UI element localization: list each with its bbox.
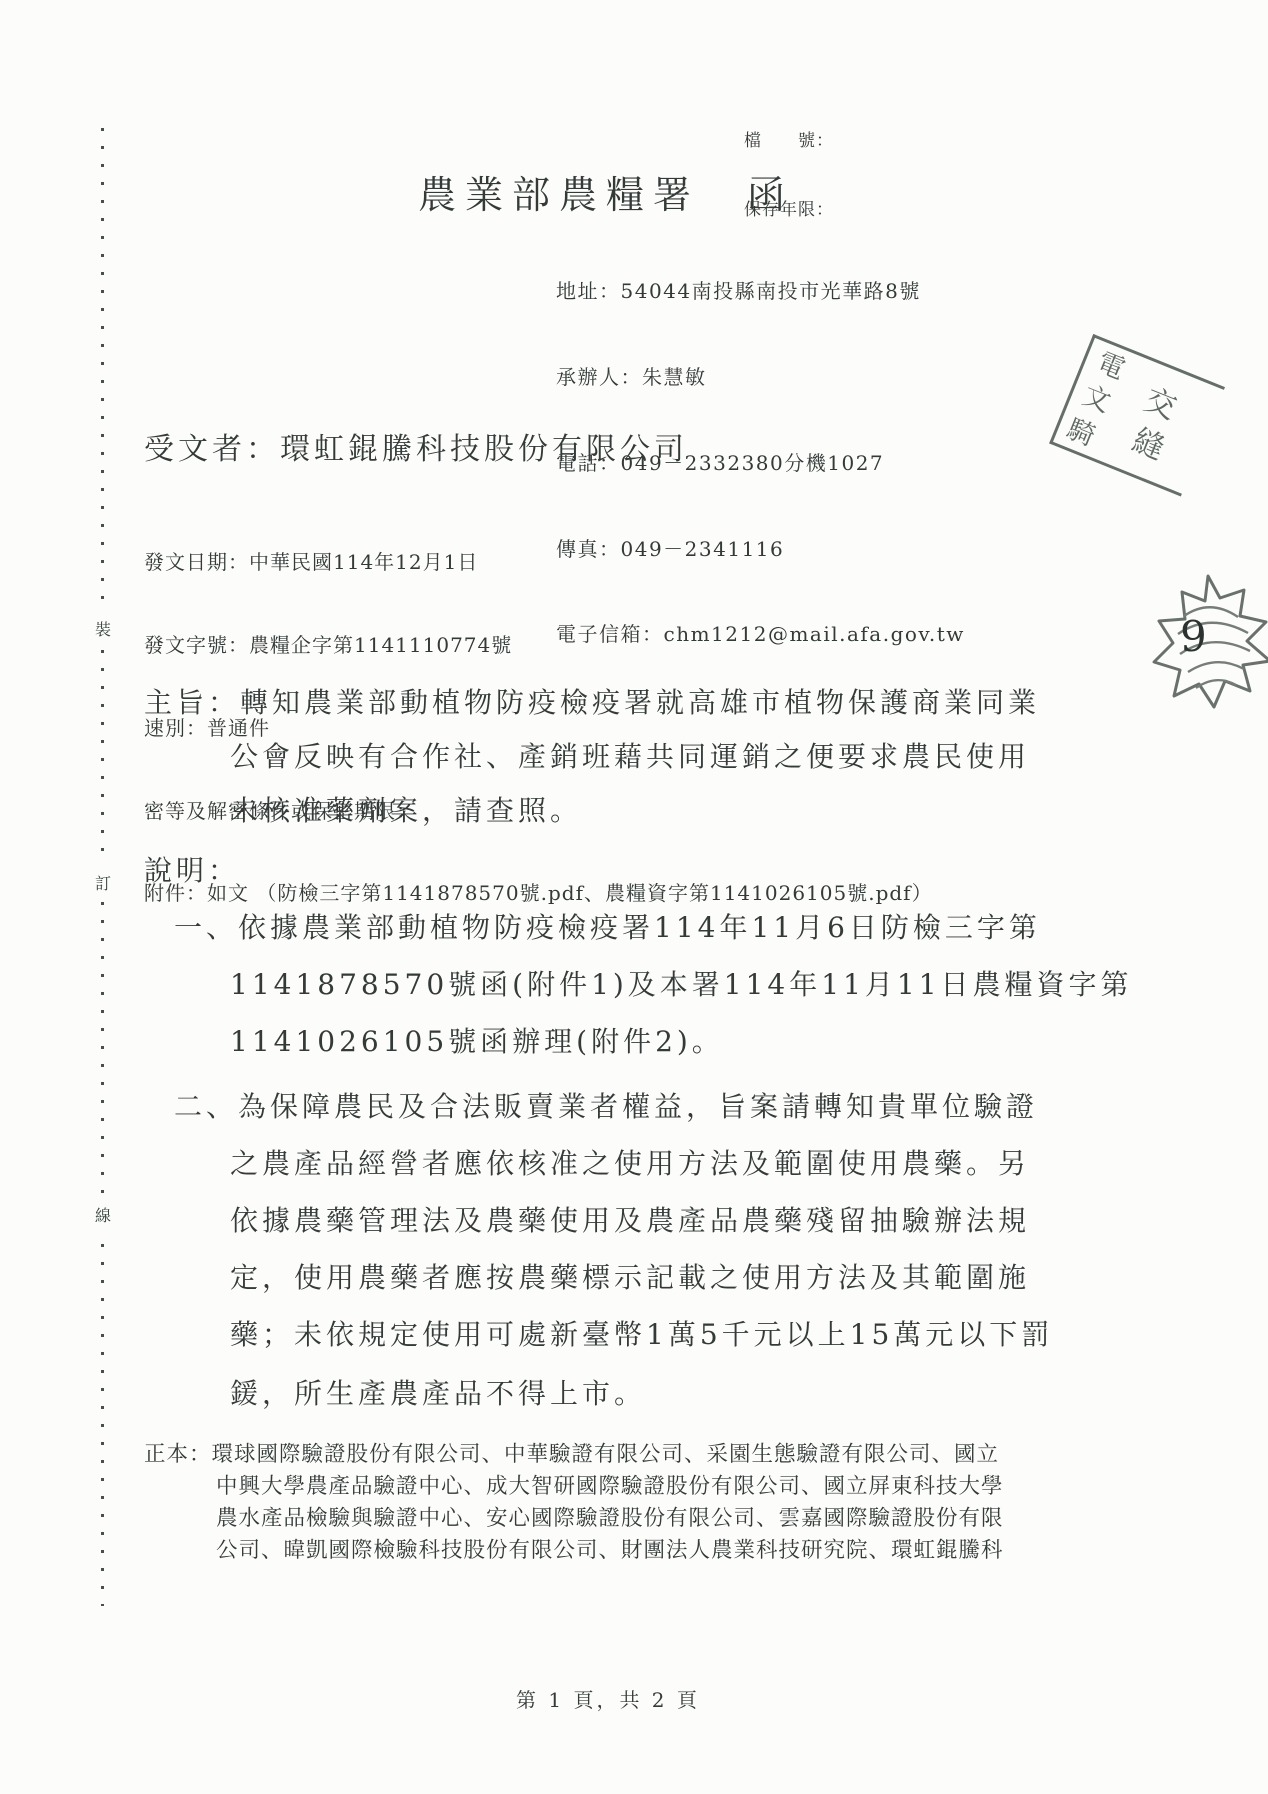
item2-line: 鍰，所生產農產品不得上市。 [230,1372,646,1412]
meta-date: 發文日期：中華民國114年12月1日 [144,549,933,577]
meta-block: 發文日期：中華民國114年12月1日 發文字號：農糧企字第1141110774號… [144,494,933,963]
meta-attachment: 附件：如文 （防檢三字第1141878570號.pdf、農糧資字第1141026… [144,880,933,908]
agency-address: 地址：54044南投縣南投市光華路8號 [556,277,965,306]
item1-line: 1141878570號函(附件1)及本署114年11月11日農糧資字第 [230,963,1133,1003]
recipient-line: 受文者：環虹錕騰科技股份有限公司 [144,424,688,468]
stamp-char: 縫 [1128,425,1168,465]
recipients-line: 正本：環球國際驗證股份有限公司、中華驗證有限公司、采園生態驗證有限公司、國立 [144,1437,999,1468]
item2-line: 定，使用農藥者應按農藥標示記載之使用方法及其範圍施 [230,1256,1030,1296]
subject-line: 未核准藥劑案，請查照。 [230,789,582,829]
stamp-char: 交 [1140,384,1180,424]
official-letter-page: 裝 訂 線 檔 號： 保存年限： 農業部農糧署 函 地址：54044南投縣南投市… [0,0,1268,1794]
item1-line: 1141026105號函辦理(附件2)。 [230,1020,724,1060]
explanation-heading: 說明： [144,849,240,889]
subject-line: 主旨：轉知農業部動植物防疫檢疫署就高雄市植物保護商業同業 [144,681,1040,721]
star-doodle-icon [1146,570,1268,715]
item2-line: 依據農藥管理法及農藥使用及農產品農藥殘留抽驗辦法規 [230,1199,1030,1239]
stamp-char: 文 [1079,382,1114,417]
margin-mark-line: 線 [93,1196,113,1233]
agency-officer: 承辦人：朱慧敏 [556,363,965,392]
recipients-line: 公司、暐凱國際檢驗科技股份有限公司、財團法人農業科技研究院、環虹錕騰科 [216,1533,1004,1564]
document-title: 農業部農糧署 函 [418,164,794,219]
stamp-char: 騎 [1063,415,1098,450]
meta-doc-number: 發文字號：農糧企字第1141110774號 [144,632,933,660]
subject-line: 公會反映有合作社、產銷班藉共同運銷之便要求農民使用 [230,735,1030,775]
file-number-label: 檔 號： [744,130,834,153]
stamp-char: 電 [1093,349,1128,384]
margin-mark-staple: 訂 [93,864,113,901]
item2-line: 藥；未依規定使用可處新臺幣1萬5千元以上15萬元以下罰 [230,1313,1053,1353]
page-footer: 第 1 頁，共 2 頁 [516,1684,700,1713]
electronic-exchange-seam-stamp: 電 文 騎 交 縫 [1049,334,1225,497]
item2-line: 之農產品經營者應依核准之使用方法及範圍使用農藥。另 [230,1142,1030,1182]
item2-line: 二、為保障農民及合法販賣業者權益，旨案請轉知貴單位驗證 [174,1085,1038,1125]
page-badge: 9 [1180,612,1207,661]
item1-line: 一、依據農業部動植物防疫檢疫署114年11月6日防檢三字第 [174,906,1041,946]
recipients-line: 中興大學農產品驗證中心、成大智研國際驗證股份有限公司、國立屏東科技大學 [216,1469,1004,1500]
margin-mark-binding: 裝 [93,610,113,647]
recipients-line: 農水產品檢驗與驗證中心、安心國際驗證股份有限公司、雲嘉國際驗證股份有限 [216,1501,1004,1532]
